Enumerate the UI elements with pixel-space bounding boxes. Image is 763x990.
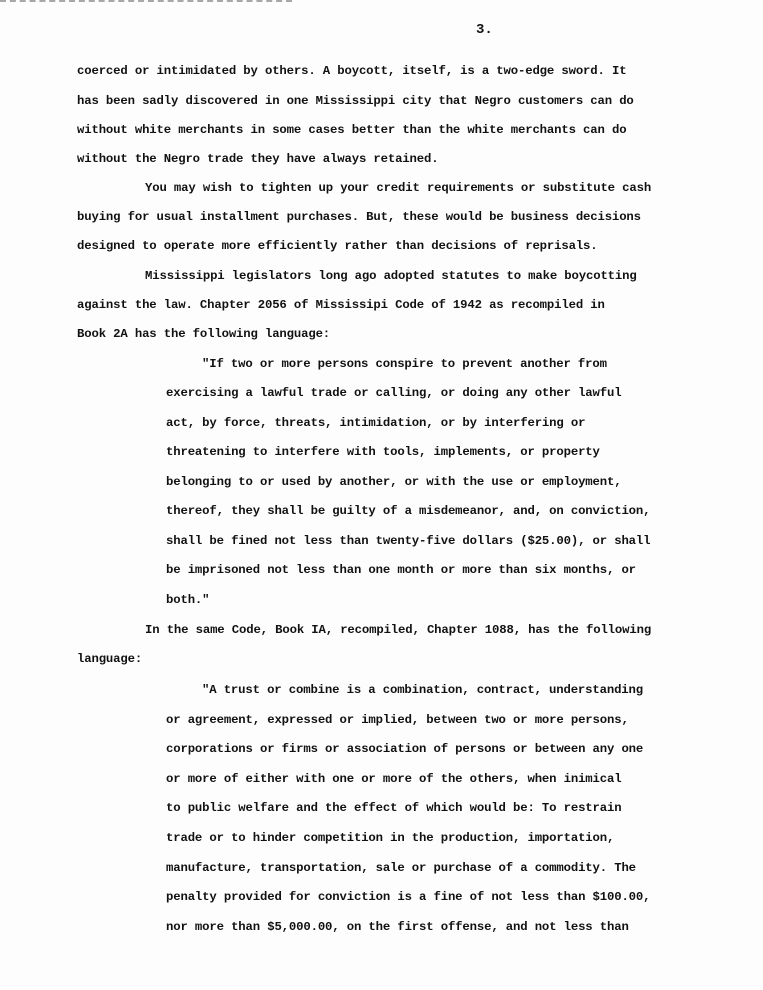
text-line: without white merchants in some cases be…: [77, 122, 626, 138]
quote-line: to public welfare and the effect of whic…: [166, 800, 621, 816]
text-line: without the Negro trade they have always…: [77, 151, 438, 167]
quote-line: exercising a lawful trade or calling, or…: [166, 385, 621, 401]
text-line: against the law. Chapter 2056 of Mississ…: [77, 297, 605, 313]
quote-line: both.": [166, 592, 209, 608]
text-line: designed to operate more efficiently rat…: [77, 238, 598, 254]
top-dashed-rule: [0, 0, 292, 2]
quote-line: corporations or firms or association of …: [166, 741, 643, 757]
quote-line: manufacture, transportation, sale or pur…: [166, 860, 636, 876]
text-line: language:: [77, 651, 142, 667]
text-line: Mississippi legislators long ago adopted…: [145, 268, 637, 284]
quote-line: trade or to hinder competition in the pr…: [166, 830, 614, 846]
text-line: You may wish to tighten up your credit r…: [145, 180, 651, 196]
quote-line: shall be fined not less than twenty-five…: [166, 533, 650, 549]
quote-line: "If two or more persons conspire to prev…: [202, 356, 607, 372]
quote-line: belonging to or used by another, or with…: [166, 474, 621, 490]
page-number: 3.: [476, 22, 493, 38]
text-line: buying for usual installment purchases. …: [77, 209, 641, 225]
text-line: coerced or intimidated by others. A boyc…: [77, 63, 626, 79]
quote-line: or more of either with one or more of th…: [166, 771, 621, 787]
text-line: Book 2A has the following language:: [77, 326, 330, 342]
quote-line: penalty provided for conviction is a fin…: [166, 889, 650, 905]
quote-line: nor more than $5,000.00, on the first of…: [166, 919, 629, 935]
text-line: has been sadly discovered in one Mississ…: [77, 93, 634, 109]
quote-line: or agreement, expressed or implied, betw…: [166, 712, 629, 728]
quote-line: threatening to interfere with tools, imp…: [166, 444, 600, 460]
quote-line: thereof, they shall be guilty of a misde…: [166, 503, 650, 519]
quote-line: be imprisoned not less than one month or…: [166, 562, 636, 578]
text-line: In the same Code, Book IA, recompiled, C…: [145, 622, 651, 638]
quote-line: "A trust or combine is a combination, co…: [202, 682, 643, 698]
quote-line: act, by force, threats, intimidation, or…: [166, 415, 585, 431]
